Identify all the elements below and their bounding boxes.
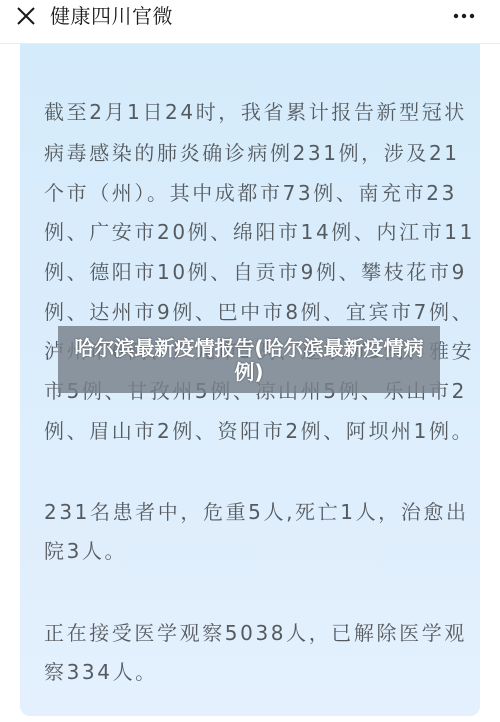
paragraph-line: 个市（州）。其中成都市73例、南充市23: [44, 181, 457, 205]
paragraph-line: 察334人。: [44, 660, 158, 684]
app-header: 健康四川官微: [0, 0, 500, 44]
paragraph-line: 231名患者中，危重5人,死亡1人，治愈出: [44, 500, 469, 524]
close-icon: [14, 4, 38, 28]
paragraph-line: 例、眉山市2例、资阳市2例、阿坝州1例。: [44, 419, 474, 443]
overlay-title: 哈尔滨最新疫情报告(哈尔滨最新疫情病例): [66, 336, 432, 384]
page-title: 健康四川官微: [50, 2, 173, 30]
paragraph-line: 截至2月1日24时，我省累计报告新型冠状: [44, 100, 467, 124]
paragraph-line: 例、广安市20例、绵阳市14例、内江市11: [44, 220, 475, 244]
overlay-title-banner: 哈尔滨最新疫情报告(哈尔滨最新疫情病例): [58, 326, 440, 393]
paragraph-line: 正在接受医学观察5038人，已解除医学观: [44, 621, 467, 645]
more-horizontal-icon: [448, 6, 480, 26]
more-options-button[interactable]: [448, 6, 480, 26]
paragraph-line: 例、德阳市10例、自贡市9例、攀枝花市9: [44, 260, 467, 284]
close-button[interactable]: [14, 4, 38, 28]
paragraph-line: 例、达州市9例、巴中市8例、宜宾市7例、: [44, 300, 474, 324]
paragraph-line: 院3人。: [44, 539, 127, 563]
paragraph-line: 病毒感染的肺炎确诊病例231例，涉及21: [44, 141, 460, 165]
